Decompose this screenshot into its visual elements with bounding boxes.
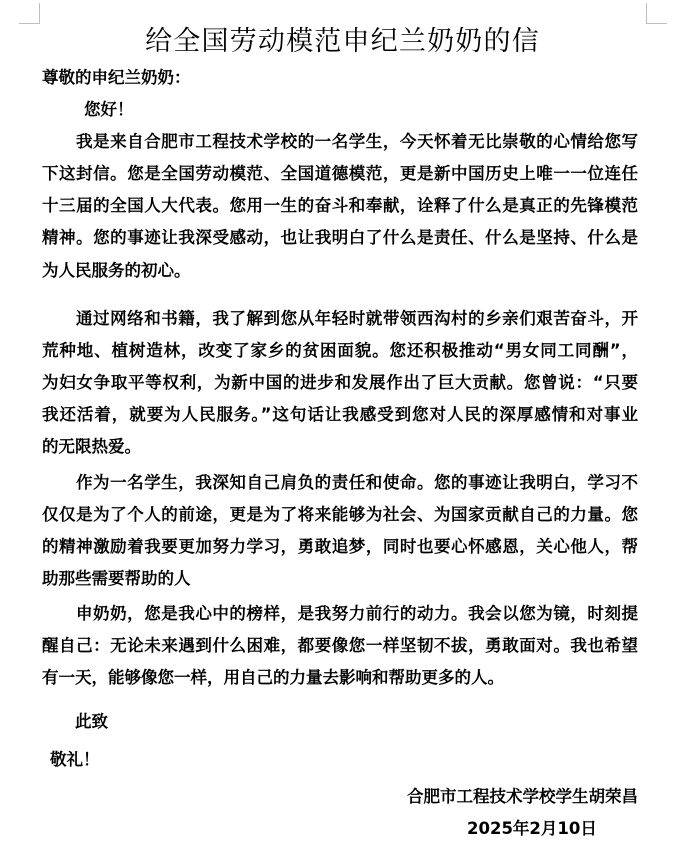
paragraph-line: 下这封信。您是全国劳动模范、全国道德模范，更是新中国历史上唯一一位连任 <box>42 158 638 190</box>
letter-date: 2025年2月10日 <box>467 813 597 845</box>
paragraph-line: 的无限热爱。 <box>42 431 638 463</box>
signature: 合肥市工程技术学校学生胡荣昌 <box>407 781 638 813</box>
paragraph-line: 申奶奶，您是我心中的榜样，是我努力前行的动力。我会以您为镜，时刻提 <box>42 598 638 630</box>
paragraph-line: 助那些需要帮助的人 <box>42 563 638 595</box>
paragraph-line: 作为一名学生，我深知自己肩负的责任和使命。您的事迹让我明白，学习不 <box>42 467 638 499</box>
paragraph-line: 我是来自合肥市工程技术学校的一名学生，今天怀着无比崇敬的心情给您写 <box>42 126 638 158</box>
page-corner-mark-top-left <box>19 3 40 24</box>
salutation: 尊敬的申纪兰奶奶： <box>42 62 638 94</box>
paragraph-line: 有一天，能够像您一样，用自己的力量去影响和帮助更多的人。 <box>42 662 638 694</box>
paragraph-line: 荒种地、植树造林，改变了家乡的贫困面貌。您还积极推动“男女同工同酬”， <box>42 335 638 367</box>
page-corner-mark-top-right <box>646 3 667 24</box>
closing-ci-zhi: 此致 <box>75 706 108 738</box>
greeting: 您好！ <box>42 94 638 126</box>
letter-title: 给全国劳动模范申纪兰奶奶的信 <box>0 24 685 60</box>
paragraph-1: 我是来自合肥市工程技术学校的一名学生，今天怀着无比崇敬的心情给您写 下这封信。您… <box>42 126 638 286</box>
paragraph-line: 仅仅是为了个人的前途，更是为了将来能够为社会、为国家贡献自己的力量。您 <box>42 499 638 531</box>
paragraph-line: 醒自己：无论未来遇到什么困难，都要像您一样坚韧不拔，勇敢面对。我也希望 <box>42 630 638 662</box>
paragraph-line: 的精神激励着我要更加努力学习，勇敢追梦，同时也要心怀感恩，关心他人，帮 <box>42 531 638 563</box>
paragraph-4: 申奶奶，您是我心中的榜样，是我努力前行的动力。我会以您为镜，时刻提 醒自己：无论… <box>42 598 638 694</box>
paragraph-line: 为妇女争取平等权利，为新中国的进步和发展作出了巨大贡献。您曾说：“只要 <box>42 367 638 399</box>
closing-jing-li: 敬礼！ <box>50 744 100 776</box>
paragraph-line: 为人民服务的初心。 <box>42 255 638 287</box>
paragraph-line: 通过网络和书籍，我了解到您从年轻时就带领西沟村的乡亲们艰苦奋斗，开 <box>42 303 638 335</box>
paragraph-2: 通过网络和书籍，我了解到您从年轻时就带领西沟村的乡亲们艰苦奋斗，开 荒种地、植树… <box>42 303 638 463</box>
letter-body: 尊敬的申纪兰奶奶： 您好！ 我是来自合肥市工程技术学校的一名学生，今天怀着无比崇… <box>42 62 638 694</box>
paragraph-line: 精神。您的事迹让我深受感动，也让我明白了什么是责任、什么是坚持、什么是 <box>42 222 638 254</box>
paragraph-line: 我还活着，就要为人民服务。”这句话让我感受到您对人民的深厚感情和对事业 <box>42 399 638 431</box>
paragraph-3: 作为一名学生，我深知自己肩负的责任和使命。您的事迹让我明白，学习不 仅仅是为了个… <box>42 467 638 595</box>
paragraph-line: 十三届的全国人大代表。您用一生的奋斗和奉献，诠释了什么是真正的先锋模范 <box>42 190 638 222</box>
